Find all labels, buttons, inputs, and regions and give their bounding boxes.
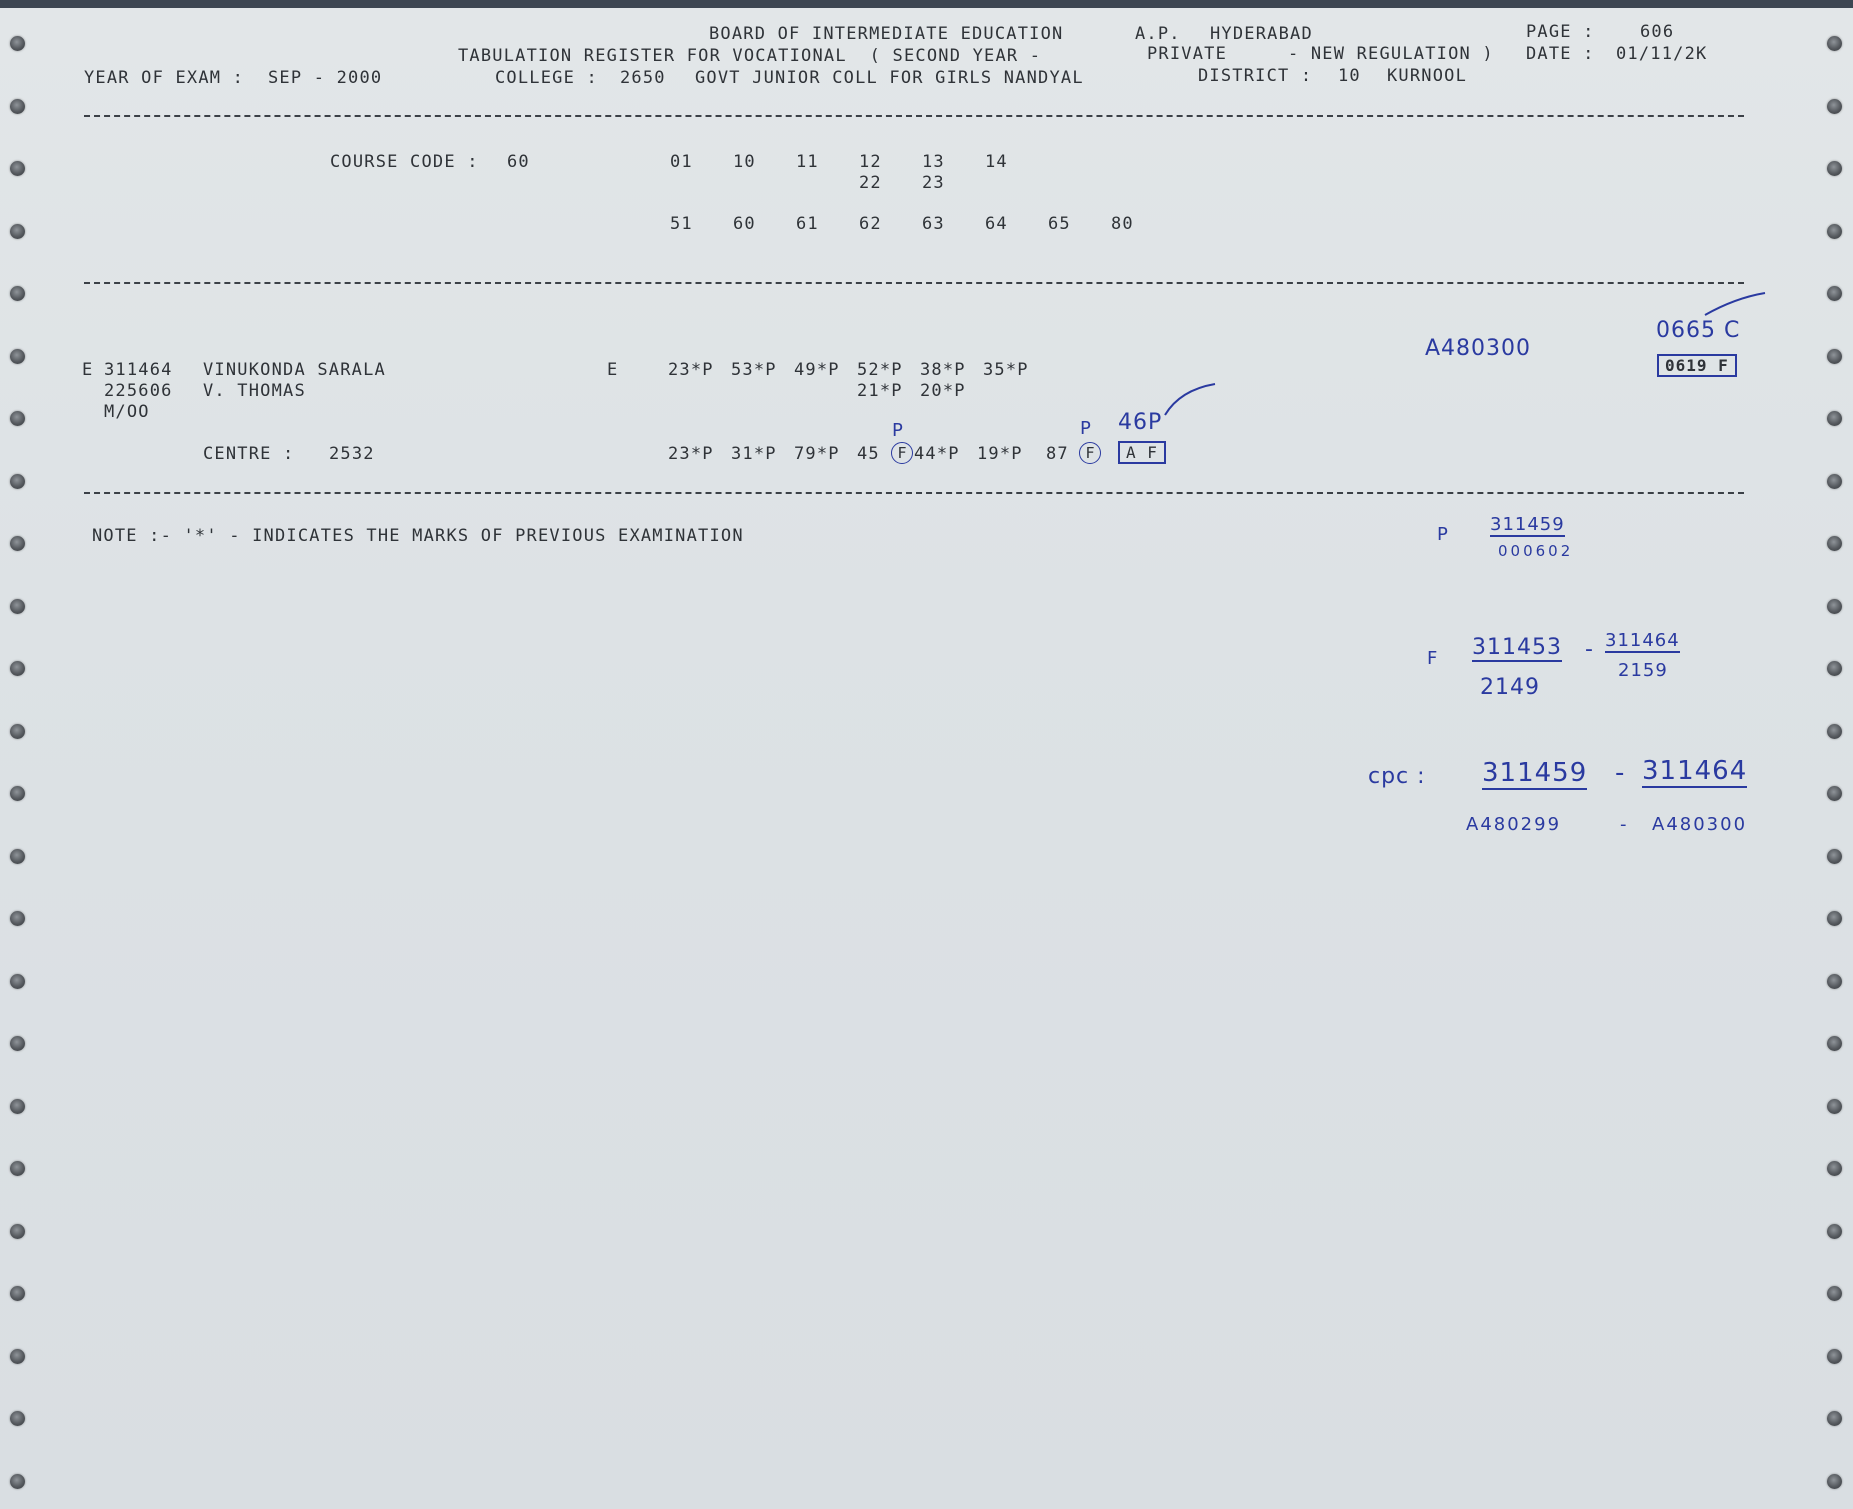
feed-hole bbox=[10, 1224, 25, 1239]
feed-hole bbox=[1827, 1161, 1842, 1176]
cell: 38*P bbox=[920, 360, 966, 380]
handwritten-cert-dash: - bbox=[1620, 814, 1628, 835]
course-code-label: COURSE CODE : bbox=[330, 152, 479, 172]
handwritten-tick-mark bbox=[1160, 380, 1220, 420]
state-label: A.P. bbox=[1135, 24, 1181, 44]
feed-hole bbox=[1827, 724, 1842, 739]
separator bbox=[84, 282, 1744, 284]
feed-hole bbox=[10, 286, 25, 301]
feed-hole bbox=[10, 1286, 25, 1301]
cell: 11 bbox=[796, 152, 819, 172]
circled-mark: F bbox=[1079, 442, 1101, 464]
handwritten-cert-range-to: A480300 bbox=[1652, 814, 1747, 835]
cell: 65 bbox=[1048, 214, 1071, 234]
feed-hole bbox=[1827, 1474, 1842, 1489]
feed-hole bbox=[10, 911, 25, 926]
page-number: 606 bbox=[1640, 22, 1674, 42]
cell: 01 bbox=[670, 152, 693, 172]
page-label: PAGE : bbox=[1526, 22, 1595, 42]
circled-mark: F bbox=[891, 442, 913, 464]
handwritten-corrected-total: 0665 C bbox=[1656, 318, 1740, 343]
feed-hole bbox=[1827, 349, 1842, 364]
feed-hole bbox=[1827, 286, 1842, 301]
course-code-value: 60 bbox=[507, 152, 530, 172]
cell: 51 bbox=[670, 214, 693, 234]
district-code: 10 bbox=[1338, 66, 1361, 86]
feed-hole bbox=[10, 1036, 25, 1051]
handwritten-p-label: P bbox=[1437, 524, 1449, 545]
feed-hole bbox=[1827, 536, 1842, 551]
handwritten-p-range-top: 311459 bbox=[1490, 514, 1565, 537]
hall-ticket-number: 311464 bbox=[104, 360, 173, 380]
feed-hole bbox=[10, 786, 25, 801]
feed-hole bbox=[1827, 474, 1842, 489]
feed-hole bbox=[1827, 599, 1842, 614]
separator bbox=[84, 115, 1744, 117]
cell: 45 bbox=[857, 444, 880, 464]
district-label: DISTRICT : bbox=[1198, 66, 1312, 86]
feed-hole bbox=[1827, 661, 1842, 676]
cell: 44*P bbox=[914, 444, 960, 464]
cell: 60 bbox=[733, 214, 756, 234]
cell: 79*P bbox=[794, 444, 840, 464]
handwritten-f-range1-top: 311453 bbox=[1472, 635, 1562, 662]
feed-hole bbox=[1827, 161, 1842, 176]
feed-hole bbox=[10, 36, 25, 51]
cell: 22 bbox=[859, 173, 882, 193]
regulation: - NEW REGULATION ) bbox=[1288, 44, 1494, 64]
medium: E bbox=[607, 360, 618, 380]
separator bbox=[84, 492, 1744, 494]
centre-code: 2532 bbox=[329, 444, 375, 464]
register-title: TABULATION REGISTER FOR VOCATIONAL ( SEC… bbox=[458, 46, 1041, 66]
handwritten-cpc-range-to: 311464 bbox=[1642, 756, 1747, 788]
handwritten-cpc-dash: - bbox=[1615, 758, 1625, 788]
feed-hole bbox=[1827, 849, 1842, 864]
cell: 87 bbox=[1046, 444, 1069, 464]
feed-hole bbox=[1827, 36, 1842, 51]
feed-hole bbox=[1827, 1224, 1842, 1239]
feed-hole bbox=[10, 1349, 25, 1364]
tractor-feed-holes-left bbox=[0, 0, 40, 1509]
feed-hole bbox=[1827, 1411, 1842, 1426]
feed-hole bbox=[10, 1411, 25, 1426]
cell: 53*P bbox=[731, 360, 777, 380]
top-edge bbox=[0, 0, 1853, 8]
feed-hole bbox=[10, 849, 25, 864]
feed-hole bbox=[10, 599, 25, 614]
cell: 23 bbox=[922, 173, 945, 193]
cell: 63 bbox=[922, 214, 945, 234]
handwritten-revised-mark: 46P bbox=[1118, 410, 1162, 435]
handwritten-f-range2-top: 311464 bbox=[1605, 630, 1680, 653]
cell: 12 bbox=[859, 152, 882, 172]
feed-hole bbox=[10, 99, 25, 114]
feed-hole bbox=[1827, 411, 1842, 426]
handwritten-f-dash: - bbox=[1585, 637, 1594, 662]
tractor-feed-holes-right bbox=[1813, 0, 1853, 1509]
feed-hole bbox=[10, 724, 25, 739]
handwritten-f-range2-bottom: 2159 bbox=[1618, 660, 1668, 681]
feed-hole bbox=[1827, 1036, 1842, 1051]
feed-hole bbox=[1827, 786, 1842, 801]
registration-number: 225606 bbox=[104, 381, 173, 401]
feed-hole bbox=[10, 474, 25, 489]
cell: 49*P bbox=[794, 360, 840, 380]
feed-hole bbox=[10, 411, 25, 426]
cell: 62 bbox=[859, 214, 882, 234]
result-box: A F bbox=[1118, 441, 1166, 464]
district-name: KURNOOL bbox=[1387, 66, 1467, 86]
cell: 19*P bbox=[977, 444, 1023, 464]
feed-hole bbox=[10, 661, 25, 676]
cell: 23*P bbox=[668, 360, 714, 380]
cell: 20*P bbox=[920, 381, 966, 401]
record-flag: E bbox=[82, 360, 93, 380]
board-title: BOARD OF INTERMEDIATE EDUCATION bbox=[709, 24, 1063, 44]
year-label: YEAR OF EXAM : bbox=[84, 68, 244, 88]
handwritten-f-label: F bbox=[1427, 648, 1438, 669]
handwritten-p-above-mark: P bbox=[892, 420, 904, 441]
handwritten-stroke bbox=[1700, 290, 1770, 320]
feed-hole bbox=[1827, 974, 1842, 989]
cell: 52*P bbox=[857, 360, 903, 380]
gender-caste: M/OO bbox=[104, 402, 150, 422]
feed-hole bbox=[10, 1161, 25, 1176]
category: PRIVATE bbox=[1147, 44, 1227, 64]
date-value: 01/11/2K bbox=[1616, 44, 1707, 64]
cell: 80 bbox=[1111, 214, 1134, 234]
handwritten-p-range-bottom: 000602 bbox=[1498, 542, 1573, 560]
feed-hole bbox=[10, 161, 25, 176]
tabulation-register-sheet: BOARD OF INTERMEDIATE EDUCATION A.P. HYD… bbox=[0, 0, 1853, 1509]
cell: 35*P bbox=[983, 360, 1029, 380]
circled-fail-mark-2: F bbox=[1079, 442, 1101, 464]
college-label: COLLEGE : bbox=[495, 68, 598, 88]
feed-hole bbox=[1827, 1349, 1842, 1364]
feed-hole bbox=[10, 224, 25, 239]
feed-hole bbox=[10, 349, 25, 364]
boxed-total: 0619 F bbox=[1657, 354, 1737, 377]
cell: 13 bbox=[922, 152, 945, 172]
college-name: GOVT JUNIOR COLL FOR GIRLS NANDYAL bbox=[695, 68, 1084, 88]
feed-hole bbox=[1827, 911, 1842, 926]
year-value: SEP - 2000 bbox=[268, 68, 382, 88]
note-text: NOTE :- '*' - INDICATES THE MARKS OF PRE… bbox=[92, 526, 744, 546]
feed-hole bbox=[10, 1099, 25, 1114]
feed-hole bbox=[1827, 224, 1842, 239]
feed-hole bbox=[10, 1474, 25, 1489]
handwritten-p-above-mark-2: P bbox=[1080, 418, 1092, 439]
feed-hole bbox=[1827, 1099, 1842, 1114]
handwritten-cpc-range-from: 311459 bbox=[1482, 758, 1587, 790]
handwritten-cert-range-from: A480299 bbox=[1466, 814, 1561, 835]
feed-hole bbox=[10, 974, 25, 989]
centre-label: CENTRE : bbox=[203, 444, 294, 464]
cell: 31*P bbox=[731, 444, 777, 464]
circled-fail-mark-1: F bbox=[891, 442, 913, 464]
cell: 10 bbox=[733, 152, 756, 172]
handwritten-cpc-label: cpc : bbox=[1368, 764, 1426, 789]
cell: 14 bbox=[985, 152, 1008, 172]
student-name: VINUKONDA SARALA bbox=[203, 360, 386, 380]
handwritten-certificate-number: A480300 bbox=[1425, 336, 1531, 361]
cell: 23*P bbox=[668, 444, 714, 464]
cell: 64 bbox=[985, 214, 1008, 234]
college-code: 2650 bbox=[620, 68, 666, 88]
cell: 21*P bbox=[857, 381, 903, 401]
cell: 61 bbox=[796, 214, 819, 234]
handwritten-f-range1-bottom: 2149 bbox=[1480, 675, 1540, 700]
feed-hole bbox=[10, 536, 25, 551]
father-name: V. THOMAS bbox=[203, 381, 306, 401]
city-label: HYDERABAD bbox=[1210, 24, 1313, 44]
feed-hole bbox=[1827, 99, 1842, 114]
feed-hole bbox=[1827, 1286, 1842, 1301]
date-label: DATE : bbox=[1526, 44, 1595, 64]
